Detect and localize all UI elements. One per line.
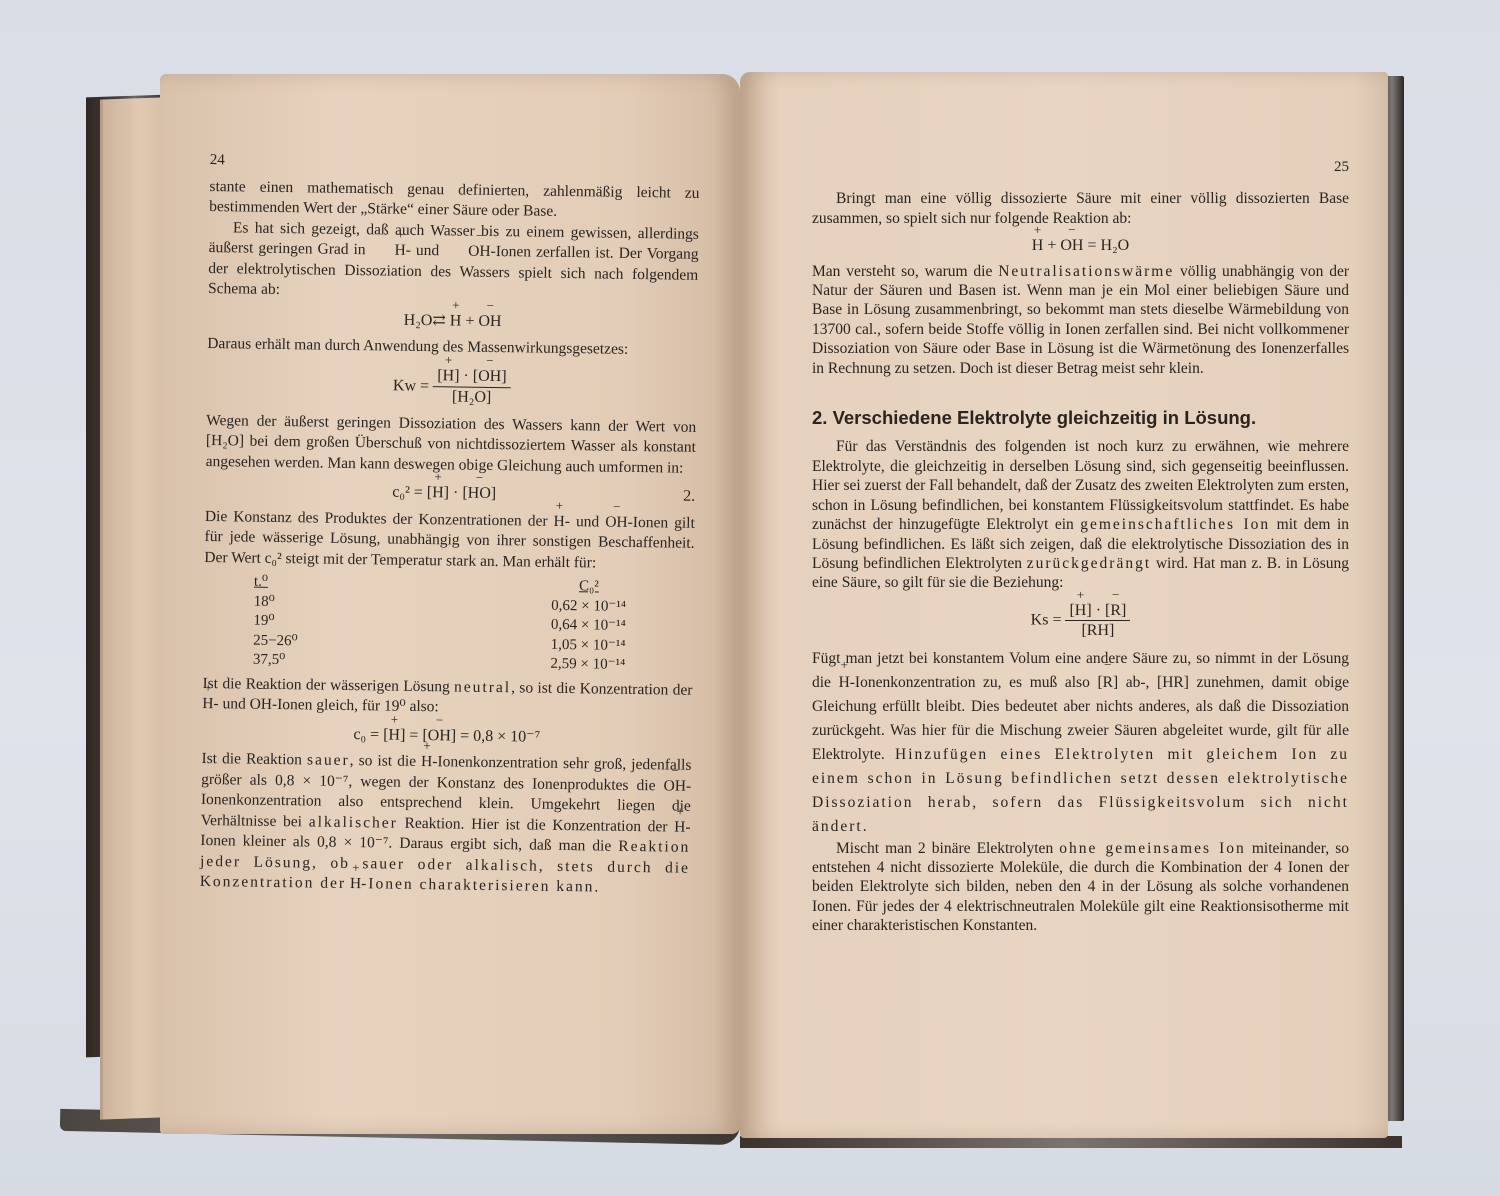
h-ion: H xyxy=(553,511,564,532)
h-ion: H xyxy=(421,752,432,773)
equation-water-dissociation: H₂O⇄ H + OH xyxy=(208,307,698,334)
emphasis: neutral xyxy=(454,678,511,696)
eq-term: H₂O xyxy=(404,311,433,328)
emphasis: sauer xyxy=(307,751,350,769)
oh-ion: OH xyxy=(478,311,501,332)
denominator: [H₂O] xyxy=(448,387,496,408)
table-cell: 37,5⁰ xyxy=(253,651,473,674)
text-run: Die Konstanz des Produktes der Konzentra… xyxy=(205,507,548,529)
text-run: -Ionenkonzentration zu, es muß also xyxy=(850,674,1090,691)
table-cell: 2,59 × 10⁻¹⁴ xyxy=(473,654,703,677)
h-ion: H xyxy=(202,694,213,715)
text-run: Ist die Reaktion der wässerigen Lösung xyxy=(202,674,449,694)
equation-kw: Kw = [H] · [OH] [H₂O] xyxy=(206,362,697,411)
eq-term: c₀ = xyxy=(353,726,379,743)
text-run: - und xyxy=(213,695,246,712)
text-run: - und xyxy=(406,242,440,259)
denominator: [RH] xyxy=(1077,621,1118,640)
emphasis: alkalischer xyxy=(309,813,398,831)
r-ion: [R] xyxy=(1097,671,1118,695)
eq-term: Ks = xyxy=(1031,611,1062,628)
ho-ion: [HO] xyxy=(462,484,496,505)
numerator: [H] · [OH] xyxy=(433,366,511,389)
h-ion: H xyxy=(370,240,405,261)
eq-operator: + xyxy=(1047,237,1056,254)
h-ion: H xyxy=(450,311,462,332)
equation-neutralization: H + OH = H₂O xyxy=(812,236,1349,255)
text-run: Man versteht so, warum die xyxy=(812,263,992,280)
equation-number: 2. xyxy=(683,487,695,508)
text-run: Mischt man 2 binäre Elektrolyten xyxy=(836,840,1053,857)
oh-ion: OH xyxy=(444,241,491,262)
eq-term: c₀² = xyxy=(392,484,423,501)
paragraph: stante einen mathematisch genau definier… xyxy=(209,176,700,224)
h-ion: H xyxy=(1032,236,1044,255)
emphasis: gemeinschaftliches Ion xyxy=(1080,516,1270,533)
oh-ion: OH xyxy=(249,695,272,716)
text-run: -Ionen charakterisieren kann. xyxy=(361,875,600,895)
text-run: -Ionen gleich, für 19⁰ also: xyxy=(272,696,439,715)
temperature-table: t.⁰ C₀² 18⁰ 0,62 × 10⁻¹⁴ 19⁰ 0,64 × 10⁻¹… xyxy=(253,573,694,677)
r-ion: [R] xyxy=(1105,601,1126,620)
eq-operator: = xyxy=(409,726,418,743)
right-page-text: 25 Bringt man eine völlig dissozierte Sä… xyxy=(812,158,1349,936)
oh-ion: OH xyxy=(1060,236,1083,255)
page-number-right: 25 xyxy=(812,158,1349,177)
text-run: Ist die Reaktion xyxy=(201,750,302,768)
paragraph: Für das Verständnis des folgenden ist no… xyxy=(812,437,1349,592)
eq-term: = 0,8 × 10⁻⁷ xyxy=(460,727,540,745)
emphasis: ohne gemeinsames Ion xyxy=(1059,840,1245,857)
equilibrium-arrow-icon: ⇄ xyxy=(432,312,446,329)
equation-ks: Ks = [H] · [R] [RH] xyxy=(812,601,1349,641)
h-ion: H xyxy=(350,874,361,895)
text-run: Reaktion. Hier ist die Konzentration der xyxy=(404,814,667,835)
paragraph: Es hat sich gezeigt, daß auch Wasser bis… xyxy=(208,217,699,306)
emphasis: Neutralisationswärme xyxy=(998,263,1174,280)
eq-operator: · xyxy=(1096,602,1101,619)
oh-ion: OH xyxy=(663,776,686,797)
h-ion: [H] xyxy=(427,483,450,504)
oh-ion: OH xyxy=(605,512,628,533)
paragraph: Mischt man 2 binäre Elektrolyten ohne ge… xyxy=(812,839,1349,936)
section-heading: 2. Verschiedene Elektrolyte gleichzeitig… xyxy=(812,408,1349,427)
eq-operator: + xyxy=(465,312,474,329)
text-run: - und xyxy=(565,512,600,529)
fraction: [H] · [R] [RH] xyxy=(1065,601,1130,641)
h-ion: [H] xyxy=(383,725,406,746)
paragraph: Fügt man jetzt bei konstantem Volum eine… xyxy=(812,647,1349,839)
emphasis: zurückgedrängt xyxy=(1027,555,1151,572)
oh-ion: [OH] xyxy=(473,366,507,387)
paragraph: Ist die Reaktion sauer, so ist die H-Ion… xyxy=(200,749,692,899)
eq-term: Kw = xyxy=(393,377,429,395)
left-page-text: 24 stante einen mathematisch genau defin… xyxy=(200,150,700,899)
h-ion: [H] xyxy=(1069,601,1091,620)
eq-term: = H₂O xyxy=(1087,237,1129,254)
fraction: [H] · [OH] [H₂O] xyxy=(433,366,511,409)
paragraph: Die Konstanz des Produktes der Konzentra… xyxy=(204,506,695,574)
text-run: , so ist die xyxy=(350,752,417,770)
h-ion: H xyxy=(839,671,850,695)
eq-operator: · xyxy=(453,484,459,501)
numerator: [H] · [R] xyxy=(1065,601,1130,621)
eq-operator: · xyxy=(463,367,469,384)
h-ion: [H] xyxy=(437,366,460,387)
text-run: , so ist die Konzentration der xyxy=(511,679,693,699)
equation-neutral: c₀ = [H] = [OH] = 0,8 × 10⁻⁷ xyxy=(202,722,692,749)
paragraph: Man versteht so, warum die Neutralisatio… xyxy=(812,262,1349,378)
paragraph: Wegen der äußerst geringen Dissoziation … xyxy=(206,410,697,478)
h-ion: H xyxy=(674,817,685,838)
emphasis: Hinzufügen eines Elektrolyten mit gleich… xyxy=(812,746,1349,835)
